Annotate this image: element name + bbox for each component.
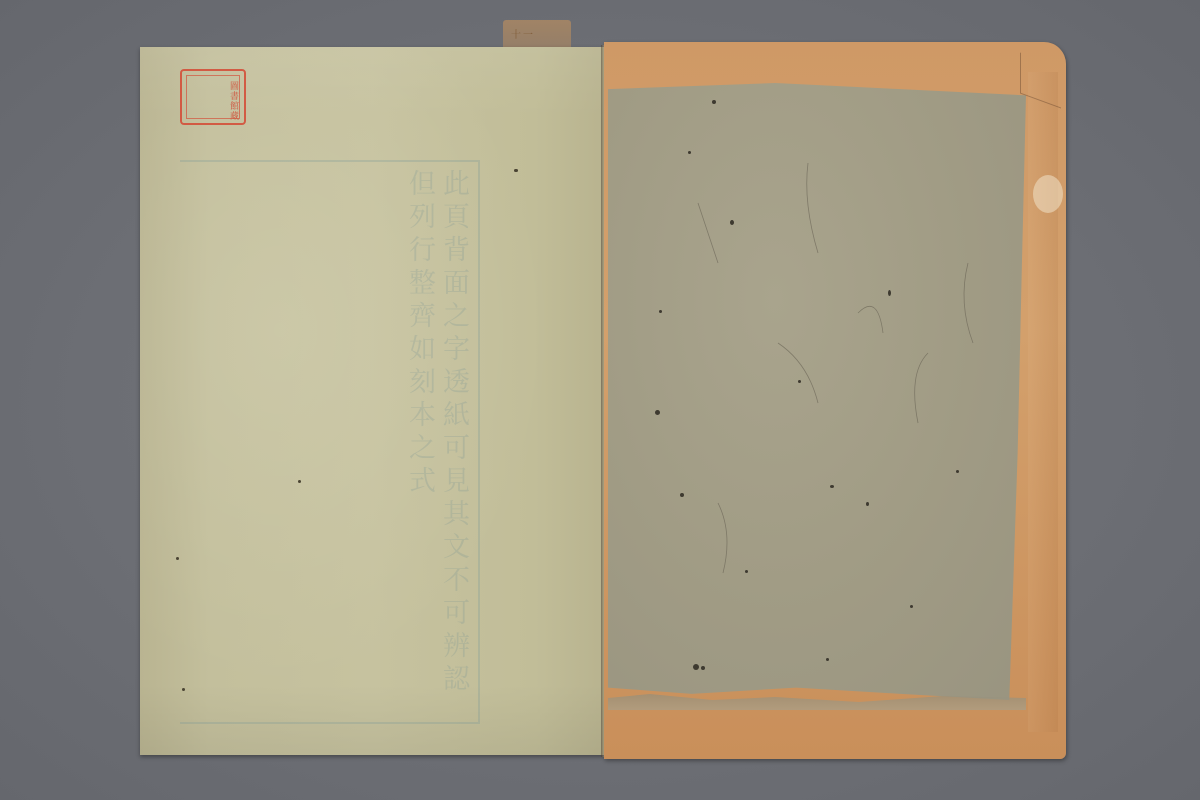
- open-book: 十一 圖書館藏 此頁背面之字透紙可見其文不可辨認但列行整齊如刻本之式: [0, 0, 1200, 800]
- seal-text: 圖書館藏: [194, 77, 238, 121]
- worn-spot: [1033, 175, 1063, 213]
- red-seal-stamp: 圖書館藏: [180, 69, 246, 125]
- left-page: 圖書館藏 此頁背面之字透紙可見其文不可辨認但列行整齊如刻本之式: [140, 47, 605, 755]
- tab-text: 十一: [511, 26, 535, 41]
- show-through-text: 此頁背面之字透紙可見其文不可辨認但列行整齊如刻本之式: [188, 169, 470, 709]
